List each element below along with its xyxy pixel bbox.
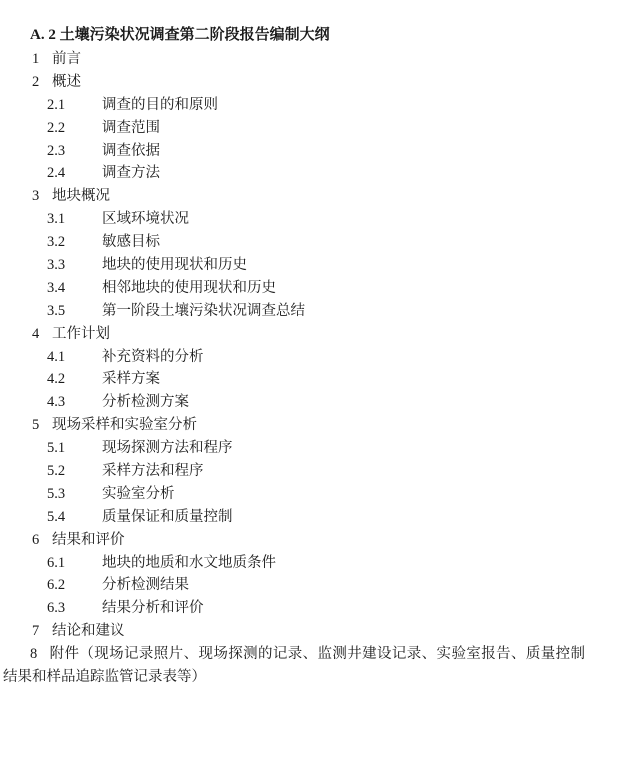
outline-item: 2.3调查依据: [3, 140, 591, 163]
outline-item-label: 区域环境状况: [102, 211, 189, 227]
outline-item-number: 5.1: [47, 437, 102, 460]
outline-item-number: 4.2: [47, 368, 102, 391]
outline-item-number: 6.3: [47, 597, 102, 620]
outline-item-number: 1: [32, 48, 52, 71]
outline-item: 2概述: [3, 71, 591, 94]
outline-item-number: 2.1: [47, 94, 102, 117]
outline-item-number: 4.1: [47, 346, 102, 369]
outline-item-label: 地块概况: [52, 188, 110, 204]
outline-item-number: 2.3: [47, 140, 102, 163]
outline-item-label: 概述: [52, 74, 81, 90]
outline-item-label: 实验室分析: [102, 486, 175, 502]
outline-item-number: 6: [32, 529, 52, 552]
outline-item-number: 7: [32, 620, 52, 643]
outline-item-number: 3: [32, 185, 52, 208]
appendix-text: 附件（现场记录照片、现场探测的记录、监测井建设记录、实验室报告、质量控制结果和样…: [3, 646, 585, 685]
outline-item: 6.2分析检测结果: [3, 574, 591, 597]
outline-item-label: 调查方法: [102, 165, 160, 181]
outline-item-label: 分析检测方案: [102, 394, 189, 410]
outline-item-label: 相邻地块的使用现状和历史: [102, 280, 276, 296]
outline-item-label: 现场采样和实验室分析: [52, 417, 197, 433]
outline-item-number: 3.5: [47, 300, 102, 323]
outline-item-number: 2.4: [47, 162, 102, 185]
outline-item-label: 调查的目的和原则: [102, 97, 218, 113]
outline-item-label: 前言: [52, 51, 81, 67]
outline-item: 3.2敏感目标: [3, 231, 591, 254]
outline-item-number: 5.3: [47, 483, 102, 506]
outline-item-number: 3.2: [47, 231, 102, 254]
outline-item-number: 6.2: [47, 574, 102, 597]
outline-item: 6.3结果分析和评价: [3, 597, 591, 620]
outline-item: 3地块概况: [3, 185, 591, 208]
outline-item: 4工作计划: [3, 323, 591, 346]
outline-item: 5.2采样方法和程序: [3, 460, 591, 483]
outline-item: 2.2调查范围: [3, 117, 591, 140]
outline-item-label: 地块的使用现状和历史: [102, 257, 247, 273]
outline-item: 3.1区域环境状况: [3, 208, 591, 231]
outline-item: 6.1地块的地质和水文地质条件: [3, 552, 591, 575]
outline-item-label: 工作计划: [52, 326, 110, 342]
outline-item-label: 地块的地质和水文地质条件: [102, 555, 276, 571]
outline-item-label: 调查依据: [102, 143, 160, 159]
outline-item-label: 分析检测结果: [102, 577, 189, 593]
outline-item-number: 2.2: [47, 117, 102, 140]
outline-item: 4.2采样方案: [3, 368, 591, 391]
outline-item-number: 4: [32, 323, 52, 346]
outline-list: 1前言 2概述 2.1调查的目的和原则 2.2调查范围 2.3调查依据 2.4调…: [3, 48, 591, 643]
appendix-number: 8: [30, 646, 49, 662]
outline-item-label: 采样方法和程序: [102, 463, 204, 479]
outline-item-number: 2: [32, 71, 52, 94]
outline-item-label: 敏感目标: [102, 234, 160, 250]
outline-item: 5现场采样和实验室分析: [3, 414, 591, 437]
outline-item-label: 第一阶段土壤污染状况调查总结: [102, 303, 305, 319]
appendix-paragraph: 8附件（现场记录照片、现场探测的记录、监测井建设记录、实验室报告、质量控制结果和…: [3, 643, 585, 689]
outline-item: 5.1现场探测方法和程序: [3, 437, 591, 460]
outline-item-number: 5.2: [47, 460, 102, 483]
outline-item-number: 3.4: [47, 277, 102, 300]
document-title: A. 2 土壤污染状况调查第二阶段报告编制大纲: [30, 22, 591, 48]
outline-item-label: 采样方案: [102, 371, 160, 387]
outline-item-number: 3.3: [47, 254, 102, 277]
outline-item: 7结论和建议: [3, 620, 591, 643]
outline-item-label: 调查范围: [102, 120, 160, 136]
outline-item-label: 质量保证和质量控制: [102, 509, 233, 525]
outline-item-number: 5: [32, 414, 52, 437]
outline-item: 4.3分析检测方案: [3, 391, 591, 414]
document-page: A. 2 土壤污染状况调查第二阶段报告编制大纲 1前言 2概述 2.1调查的目的…: [0, 0, 621, 765]
outline-item-number: 3.1: [47, 208, 102, 231]
outline-item: 5.3实验室分析: [3, 483, 591, 506]
outline-item: 2.1调查的目的和原则: [3, 94, 591, 117]
outline-item: 3.4相邻地块的使用现状和历史: [3, 277, 591, 300]
outline-item: 6结果和评价: [3, 529, 591, 552]
outline-item-label: 结果和评价: [52, 532, 125, 548]
outline-item: 4.1补充资料的分析: [3, 346, 591, 369]
outline-item-label: 补充资料的分析: [102, 349, 204, 365]
outline-item: 2.4调查方法: [3, 162, 591, 185]
outline-item: 3.3地块的使用现状和历史: [3, 254, 591, 277]
outline-item-label: 结果分析和评价: [102, 600, 204, 616]
outline-item-number: 4.3: [47, 391, 102, 414]
outline-item: 3.5第一阶段土壤污染状况调查总结: [3, 300, 591, 323]
outline-item: 1前言: [3, 48, 591, 71]
outline-item-number: 6.1: [47, 552, 102, 575]
outline-item-number: 5.4: [47, 506, 102, 529]
outline-item-label: 现场探测方法和程序: [102, 440, 233, 456]
outline-item-label: 结论和建议: [52, 623, 125, 639]
outline-item: 5.4质量保证和质量控制: [3, 506, 591, 529]
